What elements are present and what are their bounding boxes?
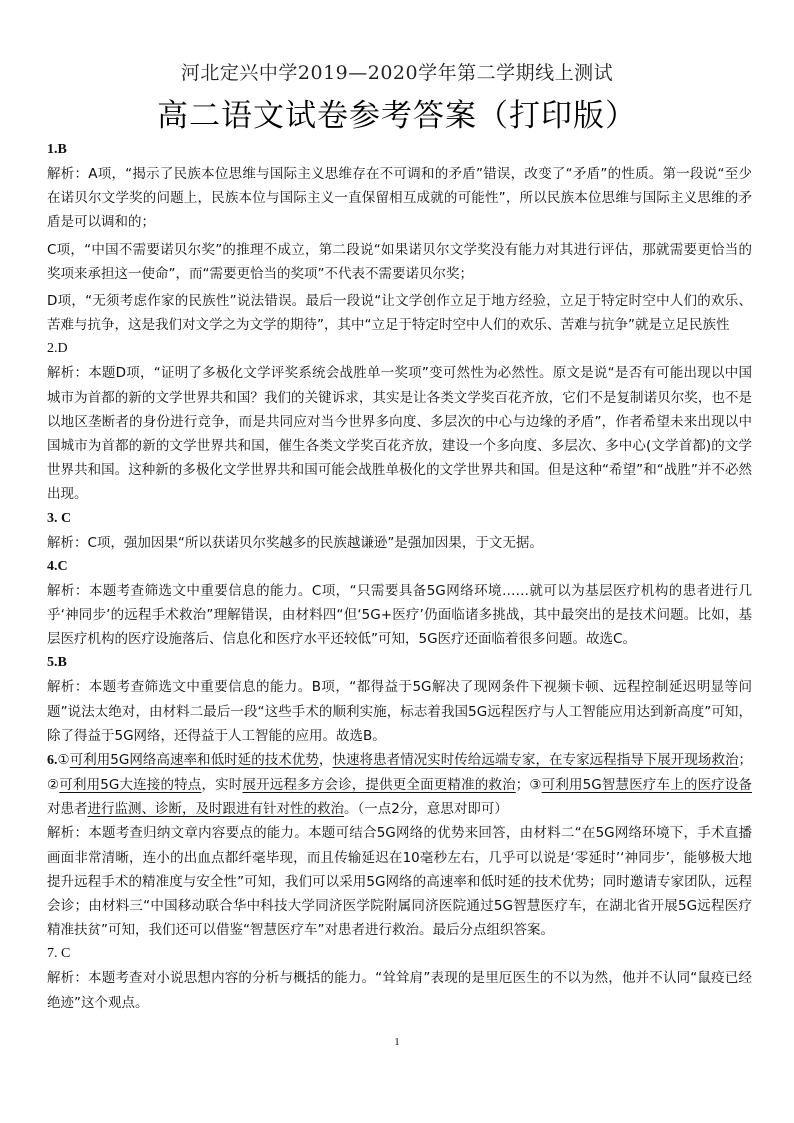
answer-segment-underlined: 可利用5G网络高速率和低时延的技术优势 — [70, 752, 319, 768]
question-1: 1.B 解析：A项，“揭示了民族本位思维与国际主义思维存在不可调和的矛盾”错误，… — [47, 138, 752, 337]
question-number: 7. C — [47, 942, 752, 966]
analysis-paragraph: 解析：本题考查对小说思想内容的分析与概括的能力。“耸耸肩”表现的是里厄医生的不以… — [47, 966, 752, 1014]
answer-segment-underlined: 进行监测、诊断，及时跟进有针对性的救治 — [88, 801, 345, 817]
analysis-paragraph: 解析：A项，“揭示了民族本位思维与国际主义思维存在不可调和的矛盾”错误，改变了“… — [47, 162, 752, 235]
question-4: 4.C 解析：本题考查筛选文中重要信息的能力。C项，“只需要具备5G网络环境……… — [47, 555, 752, 652]
question-7: 7. C 解析：本题考查对小说思想内容的分析与概括的能力。“耸耸肩”表现的是里厄… — [47, 942, 752, 1014]
question-number: 5.B — [47, 651, 752, 675]
question-number: 3. C — [47, 507, 752, 531]
answer-content: 1.B 解析：A项，“揭示了民族本位思维与国际主义思维存在不可调和的矛盾”错误，… — [47, 138, 752, 1015]
answer-segment: 对患者 — [47, 801, 88, 817]
question-5: 5.B 解析：本题考查筛选文中重要信息的能力。B项，“都得益于5G解决了现网条件… — [47, 651, 752, 748]
answer-segment-underlined: 快速将患者情况实时传给远端专家，在专家远程指导下展开现场救治 — [332, 752, 738, 768]
answer-segment-underlined: 可利用5G大连接的特点 — [59, 777, 201, 793]
page-number: 1 — [0, 1036, 794, 1048]
answer-segment: ；③ — [516, 777, 542, 793]
question-6: 6.①可利用5G网络高速率和低时延的技术优势，快速将患者情况实时传给远端专家，在… — [47, 748, 752, 942]
answer-segment: ， — [319, 752, 333, 768]
question-2: 2.D 解析：本题D项，“证明了多极化文学评奖系统会战胜单一奖项”变可然性为必然… — [47, 337, 752, 506]
analysis-paragraph: D项，“无须考虑作家的民族性”说法错误。最后一段说“让文学创作立足于地方经验，立… — [47, 289, 752, 337]
analysis-paragraph: 解析：C项，强加因果“所以获诺贝尔奖越多的民族越谦逊”是强加因果，于文无据。 — [47, 531, 752, 555]
question-3: 3. C 解析：C项，强加因果“所以获诺贝尔奖越多的民族越谦逊”是强加因果，于文… — [47, 507, 752, 555]
document-title: 高二语文试卷参考答案（打印版） — [0, 90, 794, 135]
question-number: 2.D — [47, 337, 752, 361]
answer-segment: ，实时 — [201, 777, 242, 793]
scoring-note: 。（一点2分，意思对即可） — [344, 801, 508, 817]
analysis-paragraph: 解析：本题考查筛选文中重要信息的能力。C项，“只需要具备5G网络环境……就可以为… — [47, 579, 752, 652]
question-number: 1.B — [47, 138, 752, 162]
exam-subtitle: 河北定兴中学2019—2020学年第二学期线上测试 — [0, 58, 794, 85]
answer-segment: ① — [58, 752, 70, 768]
answer-segment-underlined: 展开远程多方会诊，提供更全面更精准的救治 — [242, 777, 515, 793]
analysis-paragraph: 解析：本题考查归纳文章内容要点的能力。本题可结合5G网络的优势来回答，由材料二“… — [47, 821, 752, 942]
analysis-paragraph: 解析：本题考查筛选文中重要信息的能力。B项，“都得益于5G解决了现网条件下视频卡… — [47, 675, 752, 748]
analysis-paragraph: C项，“中国不需要诺贝尔奖”的推理不成立，第二段说“如果诺贝尔文学奖没有能力对其… — [47, 238, 752, 286]
answer-segment-underlined: 可利用5G智慧医疗车上的医疗设备 — [542, 777, 752, 793]
document-page: 河北定兴中学2019—2020学年第二学期线上测试 高二语文试卷参考答案（打印版… — [0, 0, 794, 1123]
answer-paragraph: 6.①可利用5G网络高速率和低时延的技术优势，快速将患者情况实时传给远端专家，在… — [47, 748, 752, 821]
analysis-paragraph: 解析：本题D项，“证明了多极化文学评奖系统会战胜单一奖项”变可然性为必然性。原文… — [47, 361, 752, 506]
question-number: 6. — [47, 753, 58, 768]
question-number: 4.C — [47, 555, 752, 579]
